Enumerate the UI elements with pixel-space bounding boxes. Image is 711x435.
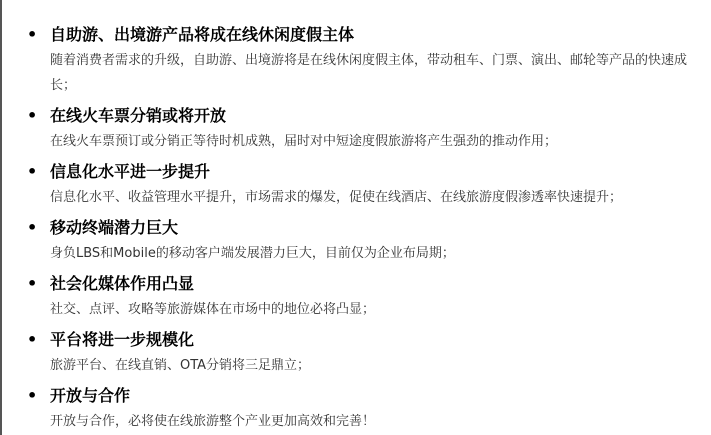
list-item-heading-row: • 在线火车票分销或将开放 xyxy=(0,102,711,129)
list-item-description: 信息化水平、收益管理水平提升，市场需求的爆发，促使在线酒店、在线旅游度假渗透率快… xyxy=(50,185,700,214)
list-item-description: 社交、点评、攻略等旅游媒体在市场中的地位必将凸显； xyxy=(50,297,700,326)
bullet-icon: • xyxy=(27,102,35,129)
list-item-heading: 开放与合作 xyxy=(50,382,130,409)
bullet-icon: • xyxy=(27,158,35,185)
list-item: • 在线火车票分销或将开放 在线火车票预订或分销正等待时机成熟，届时对中短途度假… xyxy=(0,102,711,158)
list-item-heading: 信息化水平进一步提升 xyxy=(50,158,210,185)
list-item-heading: 自助游、出境游产品将成在线休闲度假主体 xyxy=(50,21,354,48)
list-item: • 平台将进一步规模化 旅游平台、在线直销、OTA分销将三足鼎立； xyxy=(0,326,711,382)
bullet-icon: • xyxy=(27,21,35,48)
bullet-icon: • xyxy=(27,270,35,297)
list-item-heading-row: • 移动终端潜力巨大 xyxy=(0,214,711,241)
list-item: • 社会化媒体作用凸显 社交、点评、攻略等旅游媒体在市场中的地位必将凸显； xyxy=(0,270,711,326)
list-item-description: 身负LBS和Mobile的移动客户端发展潜力巨大，目前仅为企业布局期； xyxy=(50,241,700,270)
list-item-heading-row: • 信息化水平进一步提升 xyxy=(0,158,711,185)
list-item: • 自助游、出境游产品将成在线休闲度假主体 随着消费者需求的升级，自助游、出境游… xyxy=(0,21,711,102)
bullet-icon: • xyxy=(27,326,35,353)
bullet-icon: • xyxy=(27,382,35,409)
list-item-heading-row: • 社会化媒体作用凸显 xyxy=(0,270,711,297)
list-item-heading: 平台将进一步规模化 xyxy=(50,326,194,353)
list-item-heading-row: • 开放与合作 xyxy=(0,382,711,409)
list-item-description: 旅游平台、在线直销、OTA分销将三足鼎立； xyxy=(50,353,700,382)
list-item: • 信息化水平进一步提升 信息化水平、收益管理水平提升，市场需求的爆发，促使在线… xyxy=(0,158,711,214)
list-item-description: 开放与合作，必将使在线旅游整个产业更加高效和完善！ xyxy=(50,409,700,435)
list-item-heading-row: • 平台将进一步规模化 xyxy=(0,326,711,353)
list-item-heading: 社会化媒体作用凸显 xyxy=(50,270,194,297)
list-item: • 开放与合作 开放与合作，必将使在线旅游整个产业更加高效和完善！ xyxy=(0,382,711,435)
list-item-heading-row: • 自助游、出境游产品将成在线休闲度假主体 xyxy=(0,21,711,48)
list-item: • 移动终端潜力巨大 身负LBS和Mobile的移动客户端发展潜力巨大，目前仅为… xyxy=(0,214,711,270)
list-item-heading: 移动终端潜力巨大 xyxy=(50,214,178,241)
list-item-description: 在线火车票预订或分销正等待时机成熟，届时对中短途度假旅游将产生强劲的推动作用； xyxy=(50,129,700,158)
list-item-description: 随着消费者需求的升级，自助游、出境游将是在线休闲度假主体，带动租车、门票、演出、… xyxy=(50,48,700,102)
list-item-heading: 在线火车票分销或将开放 xyxy=(50,102,226,129)
bullet-icon: • xyxy=(27,214,35,241)
bullet-list: • 自助游、出境游产品将成在线休闲度假主体 随着消费者需求的升级，自助游、出境游… xyxy=(0,21,711,435)
